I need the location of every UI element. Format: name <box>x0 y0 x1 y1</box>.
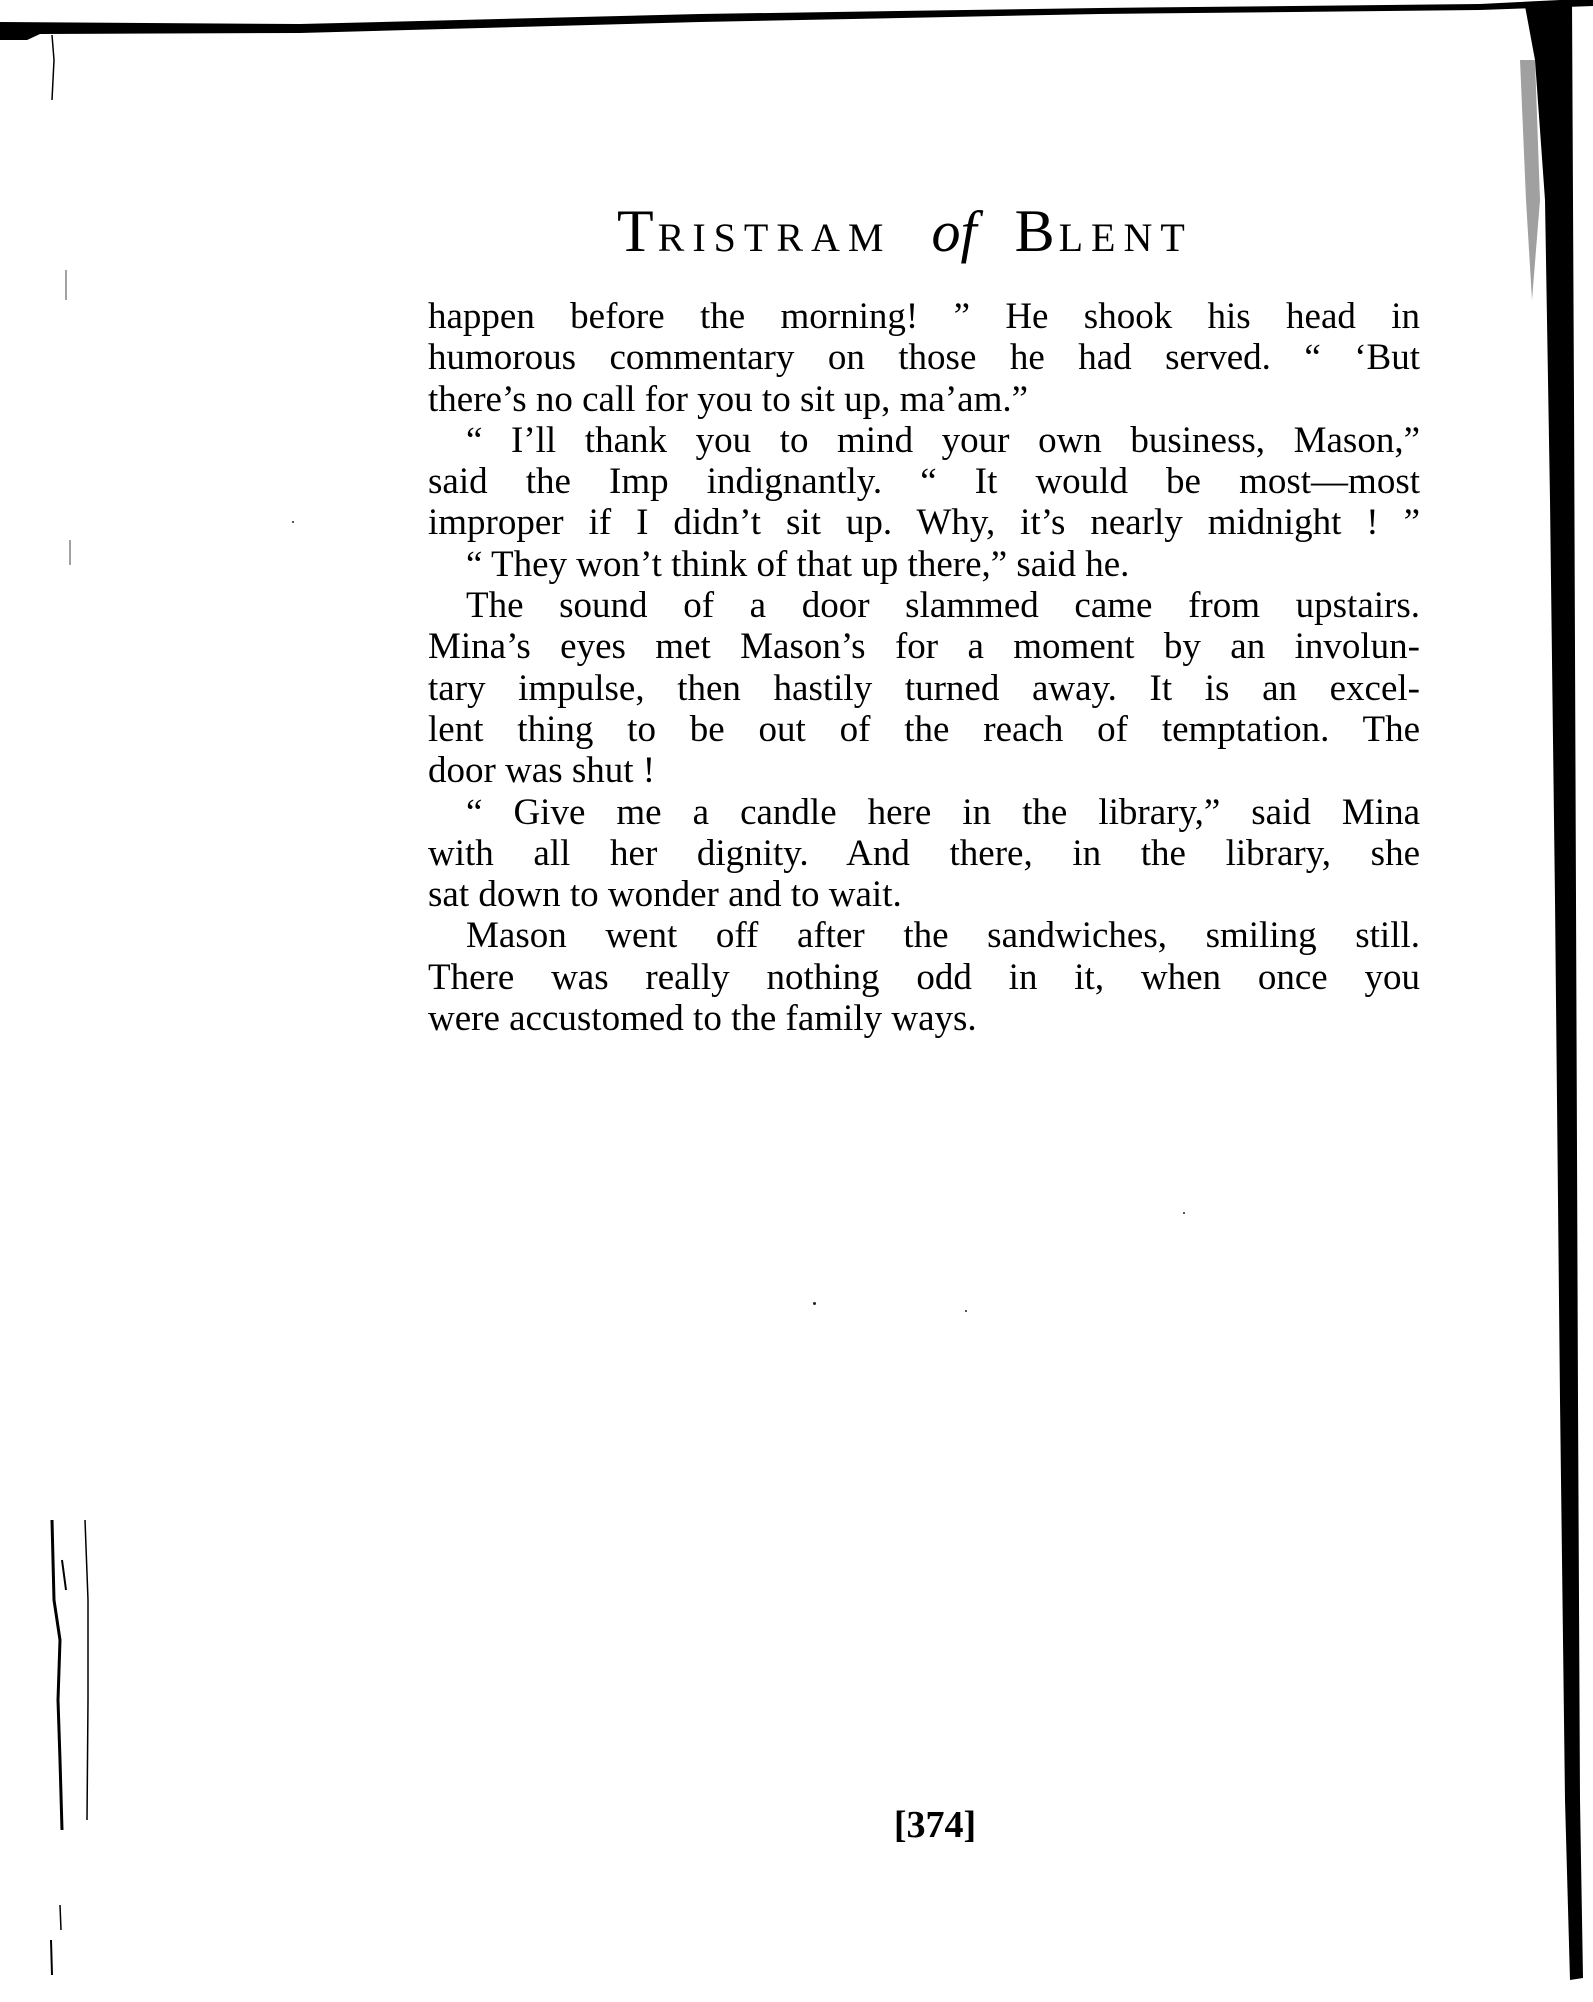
text-line: humorous commentary on those he had serv… <box>428 337 1420 378</box>
scan-top-edge <box>0 0 1593 40</box>
text-line: door was shut ! <box>428 750 1420 791</box>
running-head: TRISTRAM of BLENT <box>617 196 1237 266</box>
text-line: Mason went off after the sandwiches, smi… <box>428 915 1420 956</box>
text-line: lent thing to be out of the reach of tem… <box>428 709 1420 750</box>
text-line: “ Give me a candle here in the library,”… <box>428 792 1420 833</box>
scan-speck <box>965 1310 967 1312</box>
running-head-title-initial: T <box>617 198 658 264</box>
body-text: happen before the morning! ” He shook hi… <box>428 296 1420 1039</box>
running-head-place-initial: B <box>1015 198 1059 264</box>
page-number: [374] <box>880 1800 990 1850</box>
text-line: The sound of a door slammed came from up… <box>428 585 1420 626</box>
text-line: were accustomed to the family ways. <box>428 998 1420 1039</box>
scan-right-edge <box>1510 0 1593 2002</box>
text-line: “ I’ll thank you to mind your own busine… <box>428 420 1420 461</box>
text-line: happen before the morning! ” He shook hi… <box>428 296 1420 337</box>
text-line: there’s no call for you to sit up, ma’am… <box>428 379 1420 420</box>
scan-left-marks <box>0 0 120 2002</box>
scan-speck <box>1183 1212 1185 1214</box>
text-line: with all her dignity. And there, in the … <box>428 833 1420 874</box>
running-head-place-rest: LENT <box>1059 215 1193 260</box>
text-line: Mina’s eyes met Mason’s for a moment by … <box>428 626 1420 667</box>
running-head-title-rest: RISTRAM <box>658 215 892 260</box>
text-line: improper if I didn’t sit up. Why, it’s n… <box>428 502 1420 543</box>
text-line: said the Imp indignantly. “ It would be … <box>428 461 1420 502</box>
text-line: tary impulse, then hastily turned away. … <box>428 668 1420 709</box>
scan-speck <box>813 1302 816 1305</box>
text-line: There was really nothing odd in it, when… <box>428 957 1420 998</box>
text-line: sat down to wonder and to wait. <box>428 874 1420 915</box>
text-line: “ They won’t think of that up there,” sa… <box>428 544 1420 585</box>
running-head-connector: of <box>931 199 976 264</box>
scan-speck <box>292 521 294 523</box>
